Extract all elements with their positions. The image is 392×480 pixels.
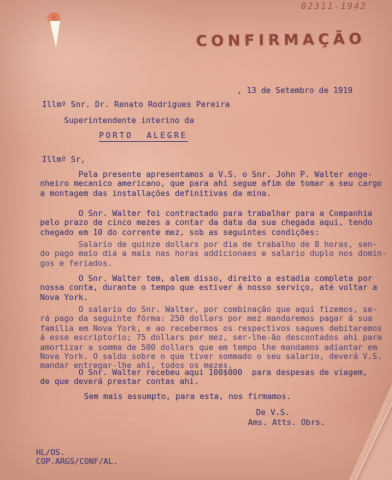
recipient-name: Illmº Snr. Dr. Renato Rodrigues Pereira bbox=[42, 100, 230, 109]
signoff-de-vs: De V.S. bbox=[256, 408, 290, 417]
paragraph-introduction: Pela presente apresentamos a V.S. o Snr.… bbox=[40, 170, 392, 198]
signoff-abbreviation: Ams. Atts. Obrs. bbox=[248, 418, 325, 427]
recipient-city: PORTO ALEGRE bbox=[99, 131, 188, 142]
date-line: , 13 de Setembro de 1919 bbox=[237, 86, 353, 95]
paragraph-payment-terms: O salario do Snr. Walter, por combinação… bbox=[40, 305, 392, 371]
archive-reference-number: 02311-1942 bbox=[301, 2, 367, 12]
typist-initials: HL/OS. bbox=[36, 448, 65, 457]
letter-page: 02311-1942 CONFIRMAÇÃO , 13 de Setembro … bbox=[0, 0, 392, 480]
recipient-title: Superintendente interino da bbox=[64, 116, 194, 125]
paragraph-daily-salary: Salario de quinze dollars por dia de tra… bbox=[40, 240, 392, 268]
copy-reference: COP.ARGS/CONF/AL. bbox=[36, 457, 118, 466]
paragraph-travel-expenses: O Snr. Walter recebeu aqui 100$000 para … bbox=[40, 368, 392, 387]
white-tear-mark bbox=[49, 21, 61, 48]
confirmation-stamp: CONFIRMAÇÃO bbox=[196, 30, 366, 50]
closing-line: Sem mais assumpto, para esta, nos firmam… bbox=[84, 392, 291, 401]
paragraph-lodging: O Snr. Walter tem, alem disso, direito a… bbox=[40, 274, 392, 302]
paper-flake-mark bbox=[46, 12, 64, 50]
salutation: Illmº Sr, bbox=[42, 155, 85, 164]
paragraph-contract: O Snr. Walter foi contractado para traba… bbox=[40, 209, 392, 237]
